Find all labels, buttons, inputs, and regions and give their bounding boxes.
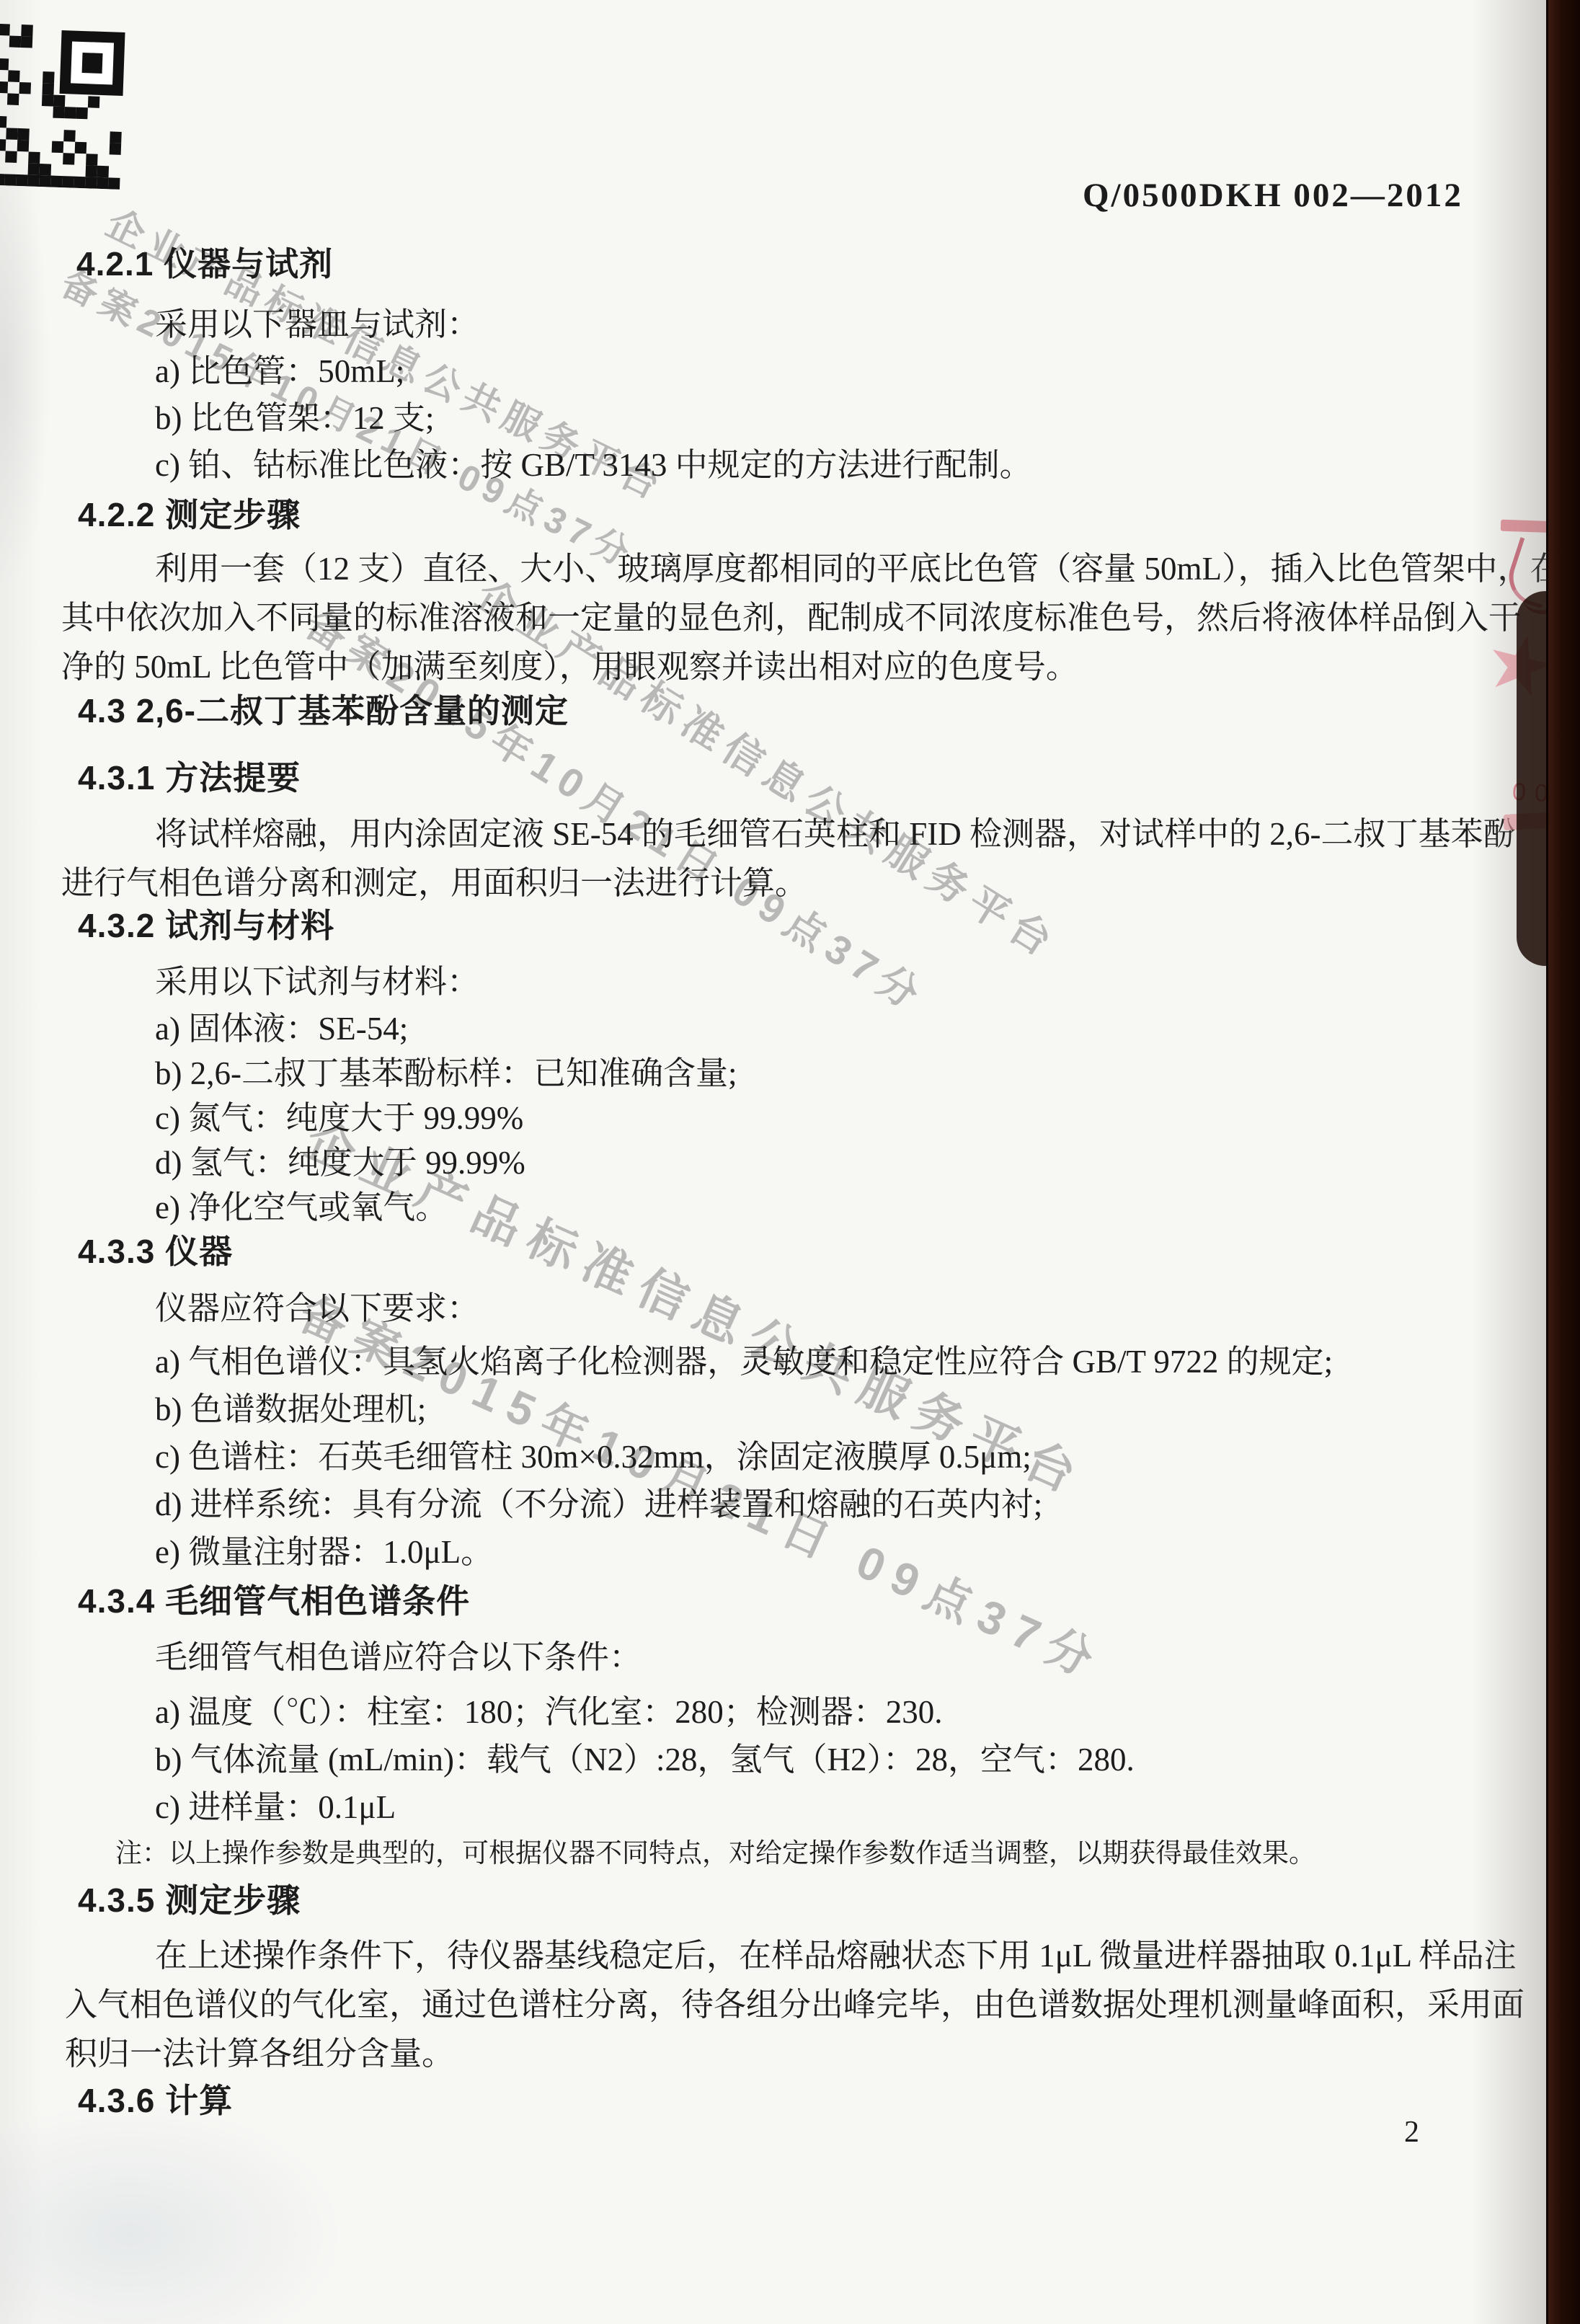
doc-line-body: 采用以下器皿与试剂： (155, 298, 479, 345)
doc-line-body: 毛细管气相色谱应符合以下条件： (155, 1631, 642, 1677)
doc-line-heading: 4.3 2,6-二叔丁基苯酚含量的测定 (78, 685, 569, 732)
page-number: 2 (1404, 2115, 1419, 2150)
doc-line-body: 利用一套（12 支）直径、大小、玻璃厚度都相同的平底比色管（容量 50mL），插… (155, 542, 1563, 589)
doc-line-body: 将试样熔融，用内涂固定液 SE-54 的毛细管石英柱和 FID 检测器，对试样中… (155, 807, 1516, 854)
doc-line-heading: 4.3.2 试剂与材料 (78, 900, 334, 947)
doc-line-body: c) 氮气：纯度大于 99.99% (155, 1091, 523, 1138)
doc-line-body: 积归一法计算各组分含量。 (65, 2027, 454, 2074)
doc-line-body: c) 进样量：0.1μL (155, 1780, 396, 1827)
doc-line-heading: 4.3.5 测定步骤 (78, 1874, 301, 1922)
doc-line-body: 其中依次加入不同量的标准溶液和一定量的显色剂，配制成不同浓度标准色号，然后将液体… (61, 591, 1521, 638)
doc-line-body: e) 微量注射器：1.0μL。 (155, 1525, 493, 1572)
doc-line-body: e) 净化空气或氧气。 (155, 1181, 448, 1228)
doc-line-heading: 4.3.3 仪器 (78, 1225, 233, 1273)
doc-line-body: d) 氢气：纯度大于 99.99% (155, 1136, 525, 1183)
doc-line-body: a) 气相色谱仪：具氢火焰离子化检测器，灵敏度和稳定性应符合 GB/T 9722… (155, 1335, 1333, 1382)
doc-line-body: 在上述操作条件下，待仪器基线稳定后，在样品熔融状态下用 1μL 微量进样器抽取 … (155, 1929, 1517, 1976)
doc-line-body: 采用以下试剂与材料： (155, 955, 479, 1002)
scan-edge-band (1546, 0, 1580, 2324)
doc-line-body: 净的 50mL 比色管中（加满至刻度），用眼观察并读出相对应的色度号。 (61, 640, 1078, 687)
doc-line-body: b) 比色管架：12 支; (155, 391, 435, 438)
doc-line-heading: 4.3.1 方法提要 (78, 752, 301, 799)
doc-line-body: 入气相色谱仪的气化室，通过色谱柱分离，待各组分出峰完毕，由色谱数据处理机测量峰面… (65, 1978, 1524, 2025)
doc-line-body: b) 色谱数据处理机; (155, 1383, 426, 1429)
doc-line-heading: 4.2.1 仪器与试剂 (76, 238, 333, 285)
doc-line-body: c) 铂、钴标准比色液：按 GB/T 3143 中规定的方法进行配制。 (155, 438, 1032, 485)
doc-line-body: a) 温度（℃）：柱室：180；汽化室：280；检测器：230. (155, 1685, 942, 1732)
doc-line-heading: 4.3.6 计算 (78, 2075, 233, 2122)
doc-line-heading: 4.3.4 毛细管气相色谱条件 (78, 1575, 470, 1623)
doc-line-body: 仪器应符合以下要求： (155, 1282, 479, 1329)
doc-line-body: 进行气相色谱分离和测定，用面积归一法进行计算。 (61, 856, 807, 903)
doc-line-body: b) 2,6-二叔丁基苯酚标样：已知准确含量; (155, 1047, 737, 1094)
doc-number: Q/0500DKH 002—2012 (1083, 176, 1463, 215)
doc-line-body: b) 气体流量 (mL/min)：载气（N2）:28，氢气（H2）：28，空气：… (155, 1733, 1135, 1780)
scanned-page: Q/0500DKH 002—2012 企业产品标准信息公共服务平台 备案2015… (0, 0, 1580, 2324)
doc-line-body: d) 进样系统：具有分流（不分流）进样装置和熔融的石英内衬; (155, 1478, 1042, 1525)
doc-line-heading: 4.2.2 测定步骤 (78, 489, 301, 536)
doc-line-body: a) 比色管：50mL; (155, 345, 404, 391)
doc-line-note: 注：以上操作参数是典型的，可根据仪器不同特点，对给定操作参数作适当调整，以期获得… (115, 1831, 1315, 1870)
doc-line-body: c) 色谱柱：石英毛细管柱 30m×0.32mm，涂固定液膜厚 0.5μm; (155, 1430, 1031, 1477)
doc-line-body: a) 固体液：SE-54; (155, 1002, 408, 1049)
qr-code (0, 19, 130, 190)
